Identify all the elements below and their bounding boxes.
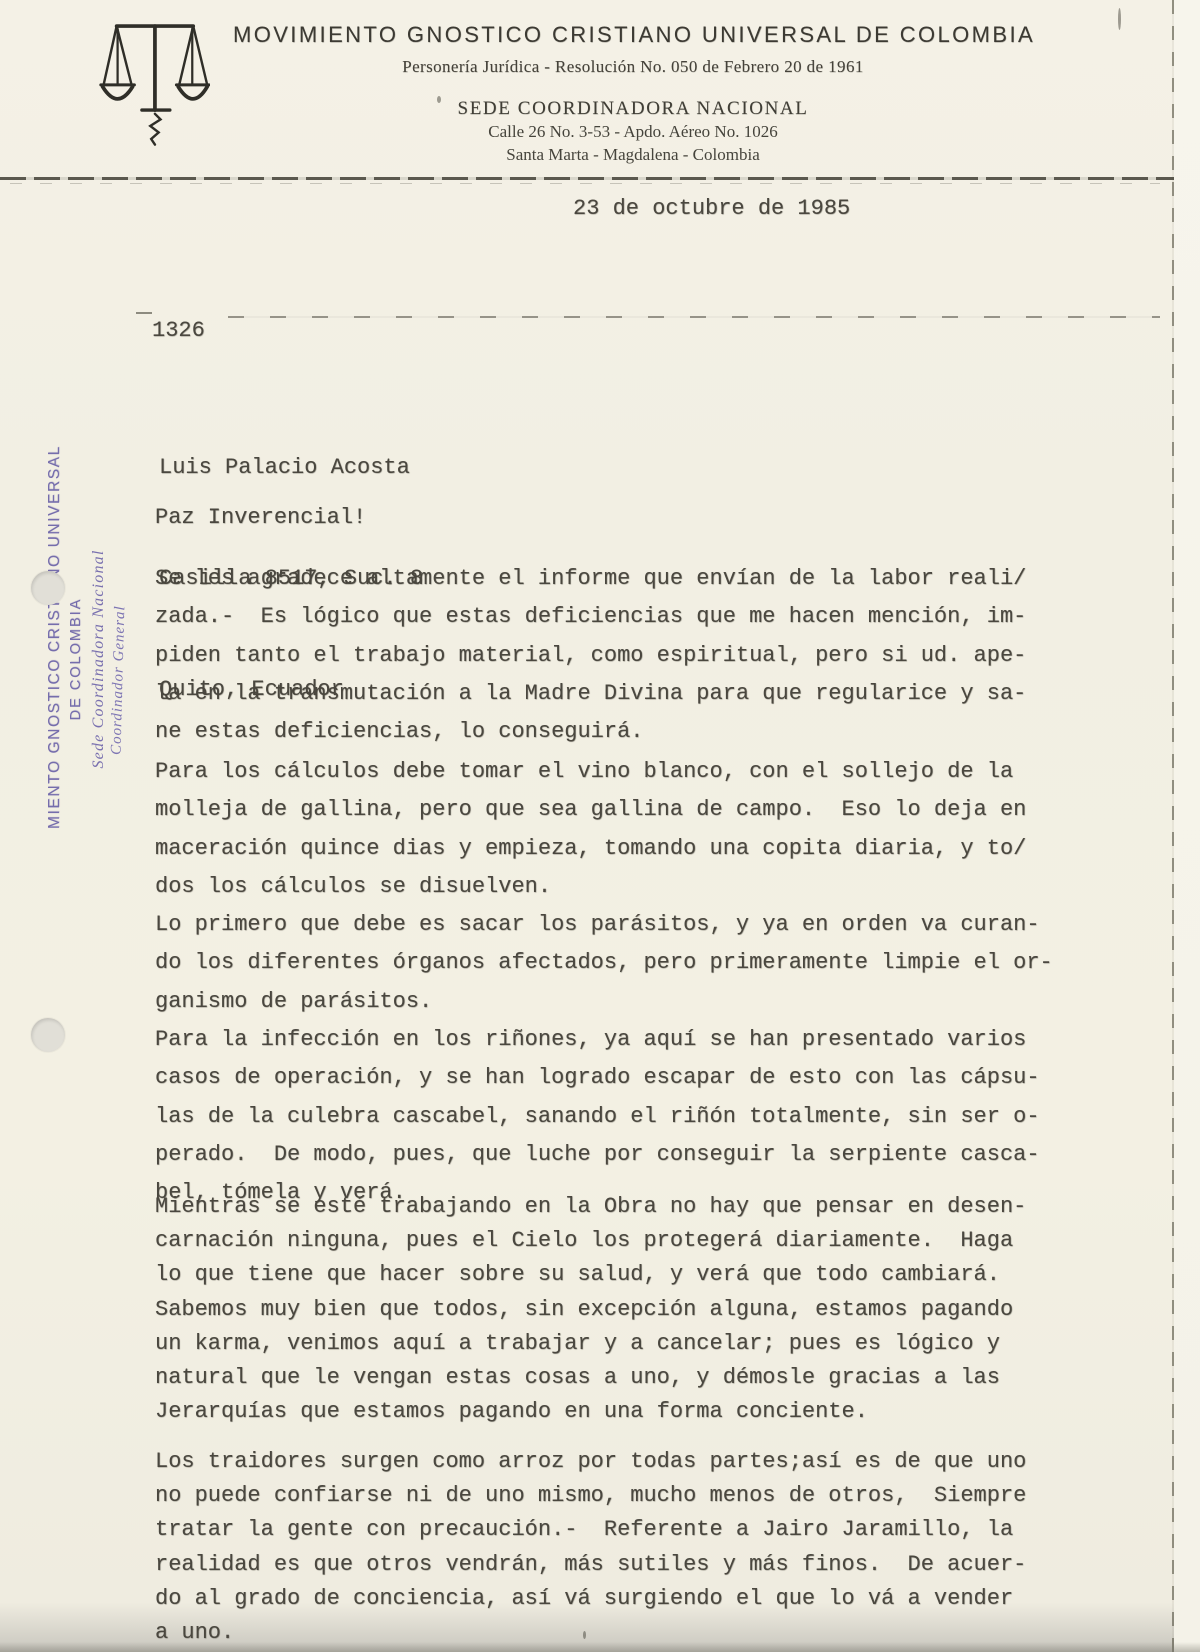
city-line: Santa Marta - Magdalena - Colombia bbox=[233, 145, 1033, 165]
letter-line: Los traidores surgen como arroz por toda… bbox=[155, 1445, 1026, 1479]
letterhead-divider-echo bbox=[10, 183, 1160, 184]
stamp-country-line: DE COLOMBIA bbox=[68, 489, 84, 829]
address-line: Calle 26 No. 3-53 - Apdo. Aéreo No. 1026 bbox=[233, 122, 1033, 142]
letter-line: Sabemos muy bien que todos, sin excepció… bbox=[155, 1293, 1026, 1327]
letter-date: 23 de octubre de 1985 bbox=[573, 196, 850, 221]
letter-line: piden tanto el trabajo material, como es… bbox=[155, 637, 1026, 675]
reference-dash-stub bbox=[136, 312, 152, 314]
reference-dashed-line bbox=[228, 316, 1160, 318]
letter-line: Mientras se esté trabajando en la Obra n… bbox=[155, 1190, 1026, 1224]
reference-number: 1326 bbox=[152, 318, 205, 343]
letter-line: molleja de gallina, pero que sea gallina… bbox=[155, 791, 1053, 829]
letter-line: ne estas deficiencias, lo conseguirá. bbox=[155, 713, 1026, 751]
letter-line: maceración quince dias y empieza, tomand… bbox=[155, 830, 1053, 868]
letter-line: ganismo de parásitos. bbox=[155, 983, 1053, 1021]
scan-bottom-edge bbox=[0, 1642, 1200, 1652]
letter-line: dos los cálculos se disuelven. bbox=[155, 868, 1053, 906]
page-edge-line bbox=[1172, 0, 1174, 1652]
letter-line: no puede confiarse ni de uno mismo, much… bbox=[155, 1479, 1026, 1513]
hole-punch-top bbox=[31, 571, 65, 605]
letter-paragraph: Los traidores surgen como arroz por toda… bbox=[155, 1445, 1026, 1650]
letter-paragraph: Mientras se esté trabajando en la Obra n… bbox=[155, 1190, 1026, 1429]
scales-of-justice-icon bbox=[98, 16, 210, 150]
hole-punch-bottom bbox=[31, 1018, 65, 1052]
scan-speck bbox=[437, 96, 441, 103]
stamp-coordinator-line: Coordinador General bbox=[107, 489, 133, 829]
recipient-name: Luis Palacio Acosta bbox=[159, 449, 423, 486]
letter-paragraph: Para los cálculos debe tomar el vino bla… bbox=[155, 753, 1053, 1213]
scan-edge-strip bbox=[1174, 0, 1200, 1652]
letterhead: MOVIMIENTO GNOSTICO CRISTIANO UNIVERSAL … bbox=[233, 0, 1033, 165]
stamp-org-line: MIENTO GNOSTICO CRISTIANO UNIVERSAL bbox=[46, 489, 64, 829]
letter-line: zada.- Es lógico que estas deficiencias … bbox=[155, 598, 1026, 636]
letter-line: Para los cálculos debe tomar el vino bla… bbox=[155, 753, 1053, 791]
legal-line: Personería Jurídica - Resolución No. 050… bbox=[233, 57, 1033, 77]
letter-line: Jerarquías que estamos pagando en una fo… bbox=[155, 1395, 1026, 1429]
letter-line: natural que le vengan estas cosas a uno,… bbox=[155, 1361, 1026, 1395]
org-stamp: MIENTO GNOSTICO CRISTIANO UNIVERSAL DE C… bbox=[46, 489, 164, 829]
letter-line: lo que tiene que hacer sobre su salud, y… bbox=[155, 1258, 1026, 1292]
letter-line: Se les agradece altamente el informe que… bbox=[155, 560, 1026, 598]
letterhead-divider bbox=[0, 177, 1174, 180]
letter-line: do los diferentes órganos afectados, per… bbox=[155, 944, 1053, 982]
letter-line: las de la culebra cascabel, sanando el r… bbox=[155, 1098, 1053, 1136]
letter-line: tratar la gente con precaución.- Referen… bbox=[155, 1513, 1026, 1547]
letter-line: Lo primero que debe es sacar los parásit… bbox=[155, 906, 1053, 944]
letter-line: casos de operación, y se han logrado esc… bbox=[155, 1059, 1053, 1097]
salutation: Paz Inverencial! bbox=[155, 505, 366, 530]
scan-speck bbox=[583, 1631, 586, 1639]
office-line: SEDE COORDINADORA NACIONAL bbox=[233, 98, 1033, 120]
letter-line: perado. De modo, pues, que luche por con… bbox=[155, 1136, 1053, 1174]
letter-paragraph: Se les agradece altamente el informe que… bbox=[155, 560, 1026, 751]
stamp-office-line: Sede Coordinadora Nacional bbox=[90, 489, 108, 829]
letter-line: un karma, venimos aquí a trabajar y a ca… bbox=[155, 1327, 1026, 1361]
letter-line: la en la transmutación a la Madre Divina… bbox=[155, 675, 1026, 713]
letter-line: carnación ninguna, pues el Cielo los pro… bbox=[155, 1224, 1026, 1258]
letter-line: realidad es que otros vendrán, más sutil… bbox=[155, 1548, 1026, 1582]
letter-line: do al grado de conciencia, así vá surgie… bbox=[155, 1582, 1026, 1616]
letter-line: Para la infección en los riñones, ya aqu… bbox=[155, 1021, 1053, 1059]
scan-speck bbox=[1118, 8, 1121, 30]
org-name: MOVIMIENTO GNOSTICO CRISTIANO UNIVERSAL … bbox=[233, 22, 1033, 48]
